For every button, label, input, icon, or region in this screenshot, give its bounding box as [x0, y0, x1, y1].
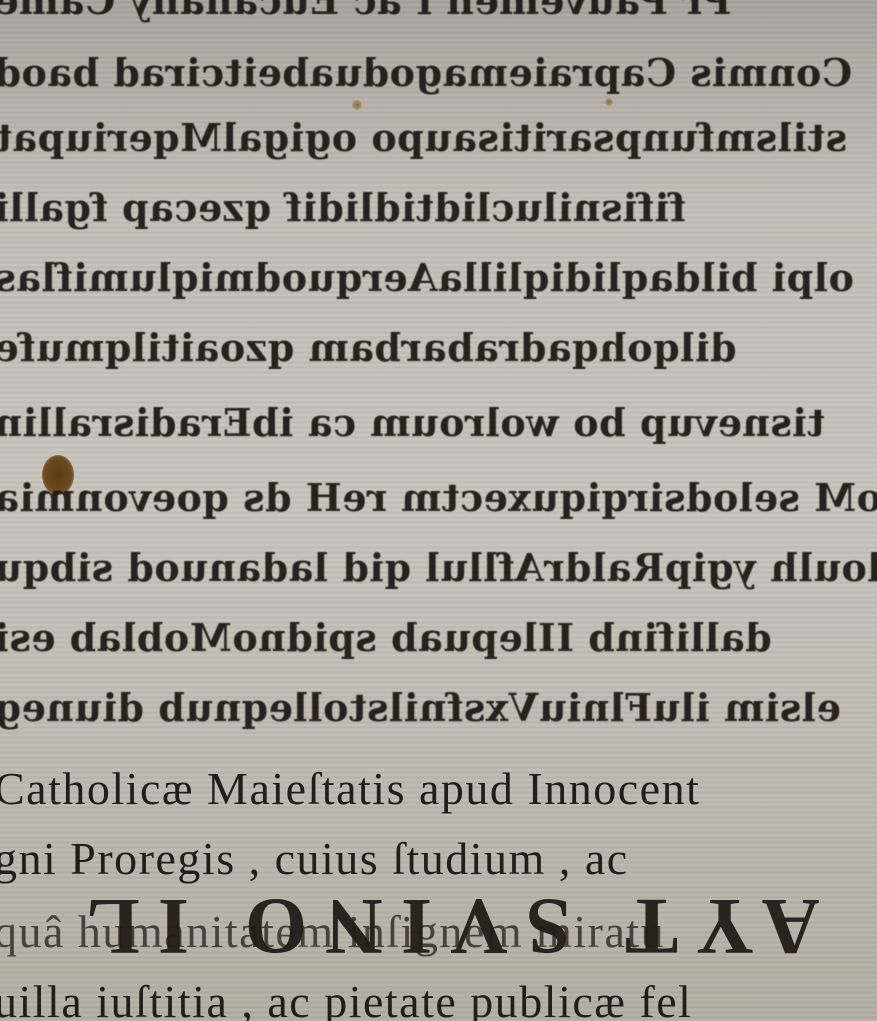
text-line-2: gni Proregis , cuius ſtudium , ac — [0, 832, 629, 885]
bleed-line-2: stilsmfunpsaritisaupo ogigalMqeriupat — [0, 115, 877, 160]
text-line-1: Catholicæ Maieſtatis apud Innocent — [0, 762, 700, 815]
bleed-line-0: Pr Pauvemen f ac Eucanany Came — [0, 0, 877, 23]
bleed-line-3: fifisniluclidtidlidif qzecap fgalli — [0, 185, 877, 230]
foxing-spot — [605, 98, 613, 106]
bleed-line-8: doulh ygipRaldrAfllul qid ladanuod sibqu — [0, 545, 877, 590]
bleed-line-7: oM selodsirqiquxectm reH ds qoevonmia — [0, 475, 877, 520]
bleed-line-10: elsim iluFlniuVxsfnilstolleqnub diuneg — [0, 685, 877, 730]
bleed-line-5: dilqohqadrabarbam qzoaitilqmufe — [0, 325, 877, 370]
text-line-4: uilla iuſtitia , ac pietate publicæ fel — [0, 975, 692, 1021]
foxing-spot — [352, 100, 362, 110]
bleed-line-1: Conmis Capraiemagoduabeitcirad baod — [0, 50, 877, 95]
bleed-line-6: tisnevup bo wolroum ca ibEradisrallin — [0, 400, 877, 445]
bleed-line-4: olpi bildaqlidiqlillaAerquodmiqlumiflas — [0, 255, 877, 300]
text-line-3: quâ humanitatem inſignem miratu — [0, 905, 665, 958]
bleed-line-9: dallifinb IIlepuab spidnoMoblab esi — [0, 615, 877, 660]
